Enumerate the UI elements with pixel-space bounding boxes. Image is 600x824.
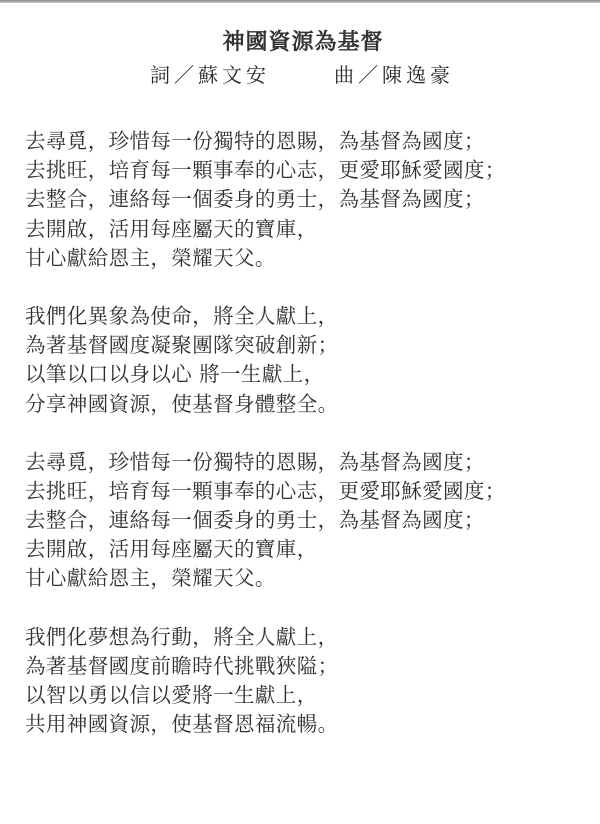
lyric-line: 以筆以口以身以心 將一生獻上， bbox=[25, 360, 585, 389]
lyric-line: 去挑旺，培育每一顆事奉的心志，更愛耶穌愛國度； bbox=[25, 477, 585, 506]
lyric-line: 去整合，連絡每一個委身的勇士，為基督為國度； bbox=[25, 506, 585, 535]
lyric-line: 甘心獻給恩主，榮耀天父。 bbox=[25, 244, 585, 273]
lyric-line: 去開啟，活用每座屬天的寶庫， bbox=[25, 535, 585, 564]
lyric-line: 去尋覓，珍惜每一份獨特的恩賜，為基督為國度； bbox=[25, 127, 585, 156]
lyric-line: 分享神國資源，使基督身體整全。 bbox=[25, 390, 585, 419]
lyric-line: 甘心獻給恩主，榮耀天父。 bbox=[25, 564, 585, 593]
lyric-line: 去整合，連絡每一個委身的勇士，為基督為國度； bbox=[25, 185, 585, 214]
lyrics-body: 去尋覓，珍惜每一份獨特的恩賜，為基督為國度； 去挑旺，培育每一顆事奉的心志，更愛… bbox=[25, 127, 585, 768]
lyric-line: 為著基督國度凝聚團隊突破創新； bbox=[25, 331, 585, 360]
lyric-line: 我們化夢想為行動，將全人獻上， bbox=[25, 623, 585, 652]
lyric-line: 以智以勇以信以愛將一生獻上， bbox=[25, 681, 585, 710]
stanza-1: 去尋覓，珍惜每一份獨特的恩賜，為基督為國度； 去挑旺，培育每一顆事奉的心志，更愛… bbox=[25, 127, 585, 273]
song-credits: 詞／蘇文安 曲／陳逸豪 bbox=[0, 62, 600, 88]
lyric-line: 為著基督國度前瞻時代挑戰狹隘； bbox=[25, 652, 585, 681]
lyric-line: 我們化異象為使命，將全人獻上， bbox=[25, 302, 585, 331]
top-border-rule bbox=[0, 0, 600, 3]
lyric-line: 去開啟，活用每座屬天的寶庫， bbox=[25, 215, 585, 244]
stanza-2: 我們化異象為使命，將全人獻上， 為著基督國度凝聚團隊突破創新； 以筆以口以身以心… bbox=[25, 302, 585, 419]
lyricist-credit: 詞／蘇文安 bbox=[150, 62, 270, 88]
composer-credit: 曲／陳逸豪 bbox=[334, 62, 454, 88]
lyric-line: 去尋覓，珍惜每一份獨特的恩賜，為基督為國度； bbox=[25, 448, 585, 477]
lyric-line: 去挑旺，培育每一顆事奉的心志，更愛耶穌愛國度； bbox=[25, 156, 585, 185]
stanza-3: 去尋覓，珍惜每一份獨特的恩賜，為基督為國度； 去挑旺，培育每一顆事奉的心志，更愛… bbox=[25, 448, 585, 594]
song-title: 神國資源為基督 bbox=[0, 30, 600, 56]
lyric-line: 共用神國資源，使基督恩福流暢。 bbox=[25, 710, 585, 739]
stanza-4: 我們化夢想為行動，將全人獻上， 為著基督國度前瞻時代挑戰狹隘； 以智以勇以信以愛… bbox=[25, 623, 585, 740]
